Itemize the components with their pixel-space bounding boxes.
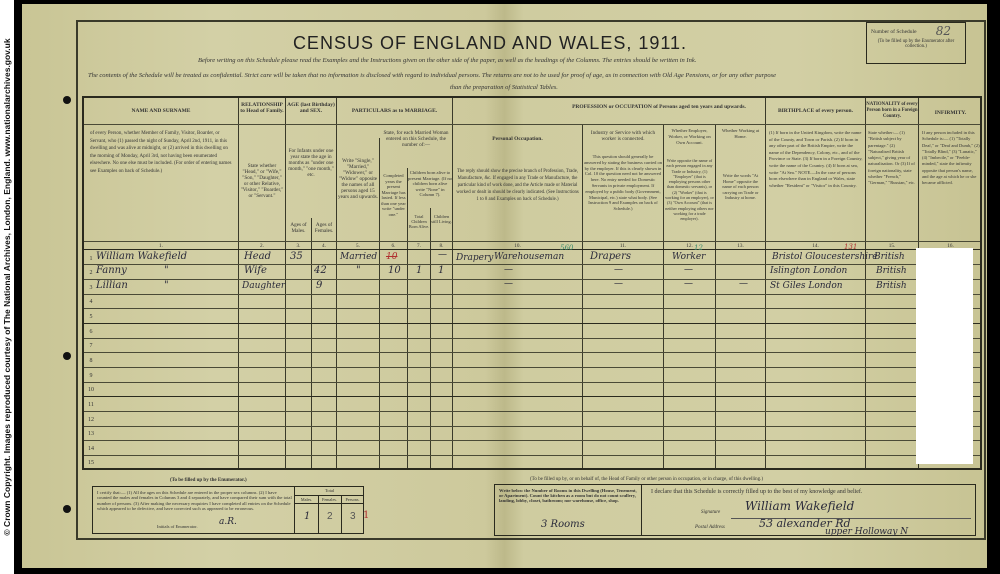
total-persons: 3 <box>350 511 356 522</box>
row3-surname-ditto: " <box>164 280 169 291</box>
row3-industry: — <box>614 279 623 289</box>
enumerator-box: I certify that:— (1) All the ages on thi… <box>92 486 364 534</box>
col-num: 3. <box>286 243 311 249</box>
row2-name: Fanny <box>96 265 127 276</box>
row3-relationship: Daughter <box>242 281 285 291</box>
row-number: 8 <box>86 358 96 364</box>
header-infirmity-desc: If any person included in this Schedule … <box>922 130 980 187</box>
row-number: 2 <box>86 270 96 276</box>
row2-occupation: — <box>504 265 513 275</box>
row3-employment: — <box>684 279 693 289</box>
row2-employment: — <box>684 265 693 275</box>
col-divider <box>311 218 312 468</box>
row-number: 9 <box>86 373 96 379</box>
red-tally-mark: 1 <box>363 510 369 521</box>
header-industry-desc: This question should generally be answer… <box>584 154 662 212</box>
header-females: Ages of Females. <box>312 222 336 234</box>
row2-children-living: 1 <box>438 265 444 276</box>
schedule-number-value: 82 <box>936 24 951 38</box>
schedule-number-label: Number of Schedule <box>871 29 917 35</box>
row2-birthplace: Islington London <box>770 266 847 276</box>
col-divider <box>715 124 716 468</box>
frame-right <box>984 20 986 96</box>
signature: William Wakefield <box>745 499 854 513</box>
males-label: Males. <box>295 497 318 502</box>
header-employer-desc: Write opposite the name of each person e… <box>665 158 714 222</box>
header-name: NAME AND SURNAME <box>84 108 238 114</box>
row2-relationship: Wife <box>244 265 267 276</box>
row-number: 4 <box>86 299 96 305</box>
col-num: 12. <box>664 243 715 249</box>
header-children: Children born alive to present Marriage.… <box>408 170 452 198</box>
header-birthplace-desc: (1) If born in the United Kingdom, write… <box>769 130 863 189</box>
totals-label: Total <box>295 488 364 493</box>
row2-children-total: 1 <box>416 265 422 276</box>
header-children-living: Children still Living. <box>431 214 452 224</box>
frame-bottom <box>76 538 986 540</box>
header-marriage: PARTICULARS as to MARRIAGE. <box>337 108 452 114</box>
row1-children-died: — <box>438 250 447 260</box>
col-num: 4. <box>312 243 336 249</box>
header-marital: Write "Single," "Married," "Widower," or… <box>338 158 378 200</box>
rooms-instruction: Write below the Number of Rooms in this … <box>499 488 637 504</box>
enumerator-initials: a.R. <box>219 517 237 527</box>
header-relationship-desc: State whether "Head," or "Wife," "Son," … <box>240 163 284 199</box>
row3-birthplace: St Giles London <box>770 281 843 291</box>
header-nationality: NATIONALITY of every Person born in a Fo… <box>866 102 918 120</box>
census-table: NAME AND SURNAME of every Person, whethe… <box>82 96 982 470</box>
row1-relationship: Head <box>244 251 271 262</box>
row2-nationality: British <box>876 266 907 276</box>
document-title: CENSUS OF ENGLAND AND WALES, 1911. <box>0 33 980 54</box>
total-males: 1 <box>304 511 310 522</box>
total-females: 2 <box>327 511 333 522</box>
row2-marital: " <box>356 265 361 276</box>
row2-age-female: 42 <box>314 265 327 276</box>
enumerator-certify-text: I certify that:— (1) All the ages on thi… <box>97 490 292 511</box>
col-num: 5. <box>337 243 379 249</box>
row3-age-female: 9 <box>316 280 322 291</box>
row-number: 1 <box>86 256 96 262</box>
row1-occupation-code: 560 <box>560 244 573 252</box>
binding-hole <box>63 505 71 513</box>
head-section-heading: (To be filled up by, or on behalf of, th… <box>530 477 763 482</box>
frame-top <box>76 20 986 22</box>
row1-marital: Married <box>340 252 377 262</box>
row-number: 13 <box>86 431 96 437</box>
col-num: 13. <box>716 243 765 249</box>
row2-years-married: 10 <box>388 265 401 276</box>
enumerator-totals: Total Males. Females. Persons. 1 2 3 <box>294 487 364 533</box>
col-num: 2. <box>239 243 285 249</box>
col-divider <box>407 168 408 468</box>
col-num: 1. <box>84 243 238 249</box>
header-years-married: Completed years the present Marriage has… <box>380 173 407 217</box>
col-num: 8. <box>431 243 452 249</box>
copyright-credit-text: © Crown Copyright. Images reproduced cou… <box>2 38 12 535</box>
row3-at-home: — <box>739 279 748 289</box>
row1-occupation-prefix: Drapery <box>456 253 493 263</box>
row1-occupation: Warehouseman <box>494 252 564 262</box>
redaction-box <box>916 248 973 464</box>
header-name-desc: of every Person, whether Member of Famil… <box>90 130 232 175</box>
row-number: 7 <box>86 343 96 349</box>
enumerator-initials-label: Initials of Enumerator. <box>157 524 198 529</box>
header-relationship: RELATIONSHIP to Head of Family. <box>239 102 285 114</box>
row-number: 3 <box>86 285 96 291</box>
header-nationality-desc: State whether:— (1) "British subject by … <box>868 130 916 187</box>
row2-surname-ditto: " <box>164 265 169 276</box>
binding-hole <box>63 352 71 360</box>
enumerator-heading: (To be filled up by the Enumerator.) <box>170 478 247 483</box>
header-birthplace: BIRTHPLACE of every person. <box>766 108 865 114</box>
header-at-home-desc: Write the words "At Home" opposite the n… <box>718 173 763 201</box>
row2-industry: — <box>614 265 623 275</box>
col-divider <box>238 98 239 468</box>
header-age-desc: For Infants under one year state the age… <box>287 148 335 178</box>
schedule-number-box: Number of Schedule 82 (To be filled up b… <box>866 22 966 64</box>
col-divider <box>865 98 866 468</box>
col-num: 7. <box>408 243 430 249</box>
confidential-line-2: than the preparation of Statistical Tabl… <box>450 84 558 91</box>
row3-occupation: — <box>504 279 513 289</box>
header-infirmity: INFIRMITY. <box>919 110 982 116</box>
header-age: AGE (last Birthday) and SEX. <box>286 102 336 114</box>
header-industry: Industry or Service with which worker is… <box>583 130 663 142</box>
header-at-home: Whether Working at Home. <box>716 128 765 140</box>
header-personal-occupation: Personal Occupation. <box>453 136 582 142</box>
row-number: 15 <box>86 460 96 466</box>
col-divider <box>765 98 766 468</box>
col-num: 11. <box>583 243 663 249</box>
header-total-children: Total Children Born Alive. <box>408 214 430 229</box>
col-divider <box>336 98 337 468</box>
binding-hole <box>63 96 71 104</box>
col-divider <box>452 98 453 468</box>
header-married-woman: State, for each Married Woman entered on… <box>380 130 452 148</box>
row-number: 11 <box>86 402 96 408</box>
row1-employment: Worker <box>672 252 705 262</box>
row3-nationality: British <box>876 281 907 291</box>
row-number: 10 <box>86 387 96 393</box>
persons-label: Persons. <box>341 497 364 502</box>
row-number: 6 <box>86 329 96 335</box>
instruction-line: Before writing on this Schedule please r… <box>198 57 696 64</box>
head-declaration-box: Write below the Number of Rooms in this … <box>494 484 976 536</box>
row3-name: Lillian <box>96 280 128 291</box>
rooms-count: 3 Rooms <box>541 519 585 530</box>
signature-label: Signature <box>701 510 720 515</box>
females-label: Females. <box>318 497 341 502</box>
header-employer: Whether Employer, Worker, or Working on … <box>664 128 715 146</box>
row1-employment-code: 12 <box>694 244 703 252</box>
row1-years-married: 10 <box>386 252 397 262</box>
rooms-box: Write below the Number of Rooms in this … <box>495 485 642 535</box>
row-number: 14 <box>86 446 96 452</box>
row-number: 12 <box>86 417 96 423</box>
copyright-credit-strip: © Crown Copyright. Images reproduced cou… <box>0 0 14 574</box>
declaration-text: I declare that this Schedule is correctl… <box>651 489 862 495</box>
col-num: 15. <box>866 243 918 249</box>
row1-industry: Drapers <box>590 251 631 262</box>
header-occupation-desc: The reply should show the precise branch… <box>456 168 579 203</box>
col-divider <box>582 124 583 468</box>
row1-birthplace: Bristol Gloucestershire <box>772 252 878 262</box>
postal-address-label: Postal Address <box>695 525 725 530</box>
row1-nationality: British <box>874 252 905 262</box>
header-males: Ages of Males. <box>286 222 311 234</box>
row1-name: William Wakefield <box>96 251 187 262</box>
confidential-line-1: The contents of the Schedule will be tre… <box>88 72 776 79</box>
row1-birthplace-code: 131 <box>844 243 857 251</box>
postal-address-line2: upper Holloway N <box>825 527 908 537</box>
schedule-number-note: (To be filled up by the Enumerator after… <box>871 39 961 49</box>
frame-left <box>76 20 78 96</box>
row1-age-male: 35 <box>290 251 303 262</box>
col-num: 6. <box>380 243 407 249</box>
row-number: 5 <box>86 314 96 320</box>
col-divider <box>663 124 664 468</box>
